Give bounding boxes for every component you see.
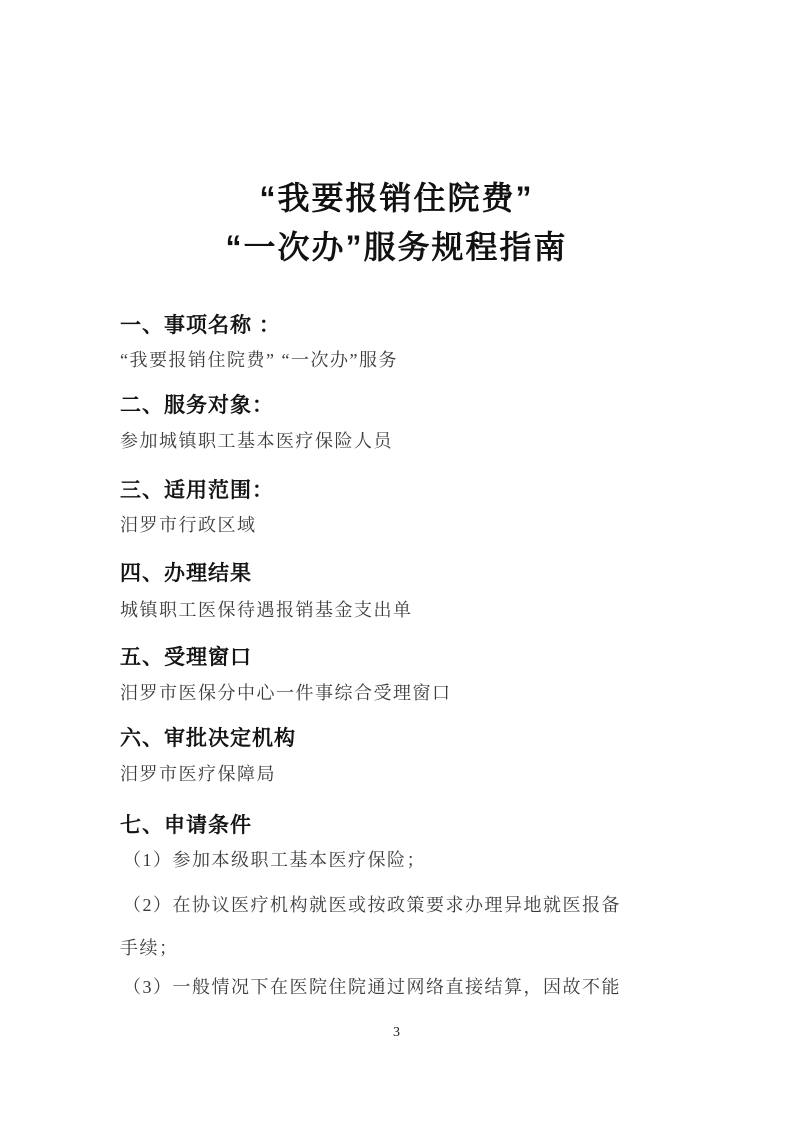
document-title-line-1: “我要报销住院费” xyxy=(0,182,793,214)
section-heading-item-name: 一、事项名称 ： xyxy=(120,315,281,336)
section-body-authority: 汨罗市医疗保障局 xyxy=(120,765,276,785)
page-number: 3 xyxy=(0,1026,793,1040)
section-body-result: 城镇职工医保待遇报销基金支出单 xyxy=(120,601,413,621)
section-heading-scope: 三、适用范围： xyxy=(120,480,274,501)
condition-line-3: （3）一般情况下在医院住院通过网络直接结算，因故不能 xyxy=(123,978,621,998)
document-title-line-2: “一次办”服务规程指南 xyxy=(0,231,793,263)
section-body-item-name: “我要报销住院费” “一次办”服务 xyxy=(120,351,398,371)
condition-line-2: （2）在协议医疗机构就医或按政策要求办理异地就医报备 xyxy=(123,896,621,916)
section-body-scope: 汨罗市行政区域 xyxy=(120,516,257,536)
section-body-service-target: 参加城镇职工基本医疗保险人员 xyxy=(120,432,393,452)
section-heading-authority: 六、审批决定机构 xyxy=(120,728,296,749)
section-heading-window: 五、受理窗口 xyxy=(120,647,252,668)
section-heading-conditions: 七、申请条件 xyxy=(120,815,252,836)
condition-line-1: （1）参加本级职工基本医疗保险； xyxy=(123,851,426,871)
document-page: “我要报销住院费” “一次办”服务规程指南 一、事项名称 ： “我要报销住院费”… xyxy=(0,0,793,1122)
section-heading-service-target: 二、服务对象： xyxy=(120,395,274,416)
section-heading-result: 四、办理结果 xyxy=(120,563,252,584)
section-body-window: 汨罗市医保分中心一件事综合受理窗口 xyxy=(120,684,452,704)
condition-line-2-wrap: 手续； xyxy=(120,939,179,959)
